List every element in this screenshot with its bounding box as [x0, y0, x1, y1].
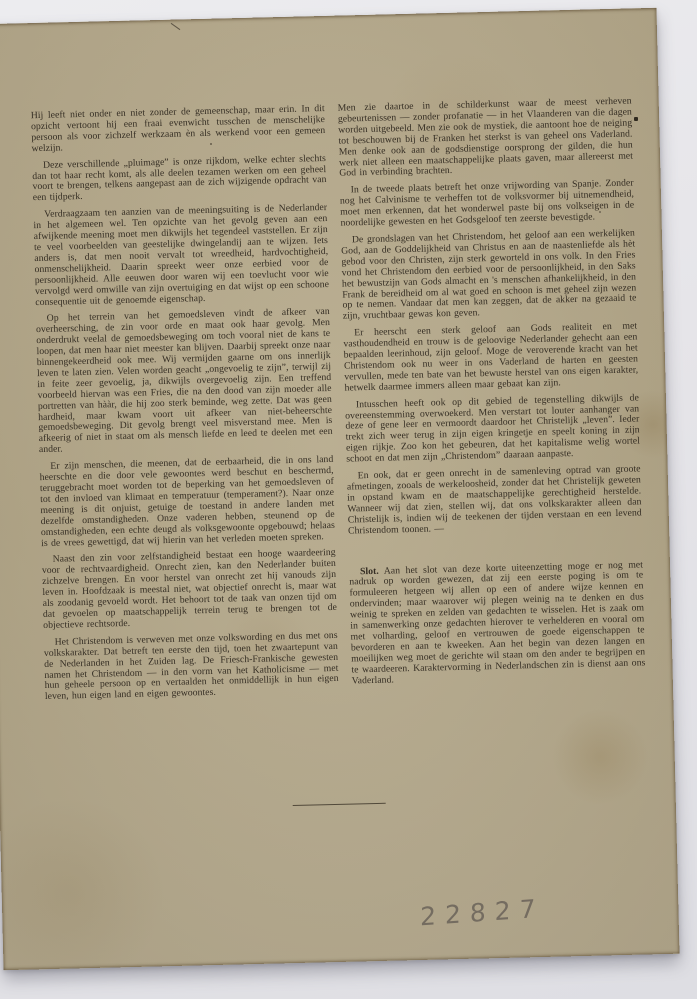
paragraph: Naast den zin voor zelfstandigheid besta… — [42, 548, 338, 632]
paragraph: Intusschen heeft ook op dit gebied de te… — [345, 393, 641, 466]
left-column: Hij leeft niet onder en niet zonder de g… — [31, 104, 339, 703]
right-column: Men zie daartoe in de schilderkunst waar… — [338, 97, 646, 696]
paragraph: Het Christendom is verweven met onze vol… — [44, 631, 340, 704]
paragraph: Er heerscht een sterk geloof aan Gods re… — [343, 322, 639, 395]
closing-paragraph: Slot. Aan het slot van deze korte uiteen… — [349, 560, 646, 687]
paragraph: Er zijn menschen, die meenen, dat de eer… — [39, 455, 335, 549]
photo-background: Hij leeft niet onder en niet zonder de g… — [0, 0, 697, 999]
ink-speck — [599, 211, 601, 213]
paragraph: En ook, dat er geen onrecht in de samenl… — [347, 465, 643, 538]
ink-speck — [634, 117, 638, 121]
paragraph: Verdraagzaam ten aanzien van de meenings… — [33, 203, 329, 308]
paragraph: Op het terrein van het gemoedsleven vind… — [36, 307, 333, 456]
slot-label: Slot. — [360, 565, 379, 576]
slot-text: Aan het slot van deze korte uiteenzettin… — [349, 559, 645, 686]
end-divider — [293, 803, 386, 806]
text-block: Hij leeft niet onder en niet zonder de g… — [31, 97, 646, 704]
paragraph: Hij leeft niet onder en niet zonder de g… — [31, 104, 326, 155]
paragraph: De grondslagen van het Christendom, het … — [341, 228, 637, 322]
document-page: Hij leeft niet onder en niet zonder de g… — [0, 8, 679, 970]
ink-speck — [210, 143, 212, 145]
paragraph: Men zie daartoe in de schilderkunst waar… — [338, 97, 634, 181]
paragraph: In de tweede plaats betreft het onze vri… — [340, 179, 635, 230]
paragraph: Deze verschillende „pluimage” is onze ri… — [32, 154, 327, 205]
